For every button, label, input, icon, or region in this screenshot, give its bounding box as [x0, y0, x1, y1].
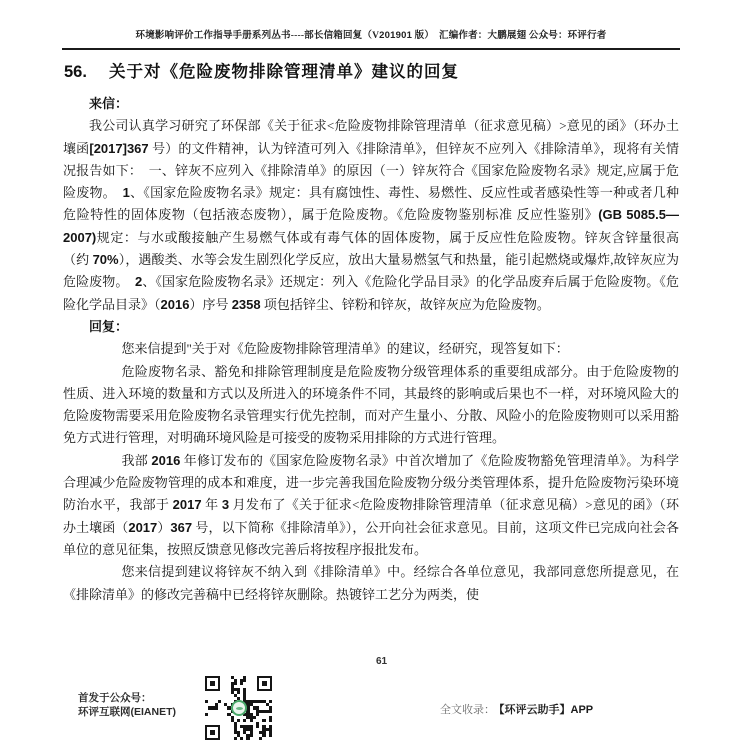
document-body: 来信： 我公司认真学习研究了环保部《关于征求<危险废物排除管理清单（征求意见稿）…	[63, 93, 679, 606]
letter-label: 来信：	[63, 93, 679, 115]
reply-paragraph-2: 危险废物名录、豁免和排除管理制度是危险废物分级管理体系的重要组成部分。由于危险废…	[63, 361, 679, 450]
reply-paragraph-3: 我部 2016 年修订发布的《国家危险废物名录》中首次增加了《危险废物豁免管理清…	[63, 450, 679, 561]
footer-app-prefix: 全文收录：	[440, 704, 495, 716]
footer-source-line1: 首发于公众号：	[78, 692, 176, 706]
page-number: 61	[376, 656, 387, 667]
document-page: 环境影响评价工作指导手册系列丛书----部长信箱回复（V201901 版） 汇编…	[0, 0, 740, 740]
qr-code-image	[205, 676, 272, 740]
footer-app-name: 【环评云助手】APP	[499, 704, 593, 716]
reply-paragraph-4: 您来信提到建议将锌灰不纳入到《排除清单》中。经综合各单位意见，我部同意您所提意见…	[63, 561, 679, 606]
page-header: 环境影响评价工作指导手册系列丛书----部长信箱回复（V201901 版） 汇编…	[62, 27, 680, 50]
footer-source-line2: 环评互联网(EIANET)	[78, 706, 176, 720]
footer-source-note: 首发于公众号： 环评互联网(EIANET)	[78, 692, 176, 719]
page-title: 56.关于对《危险废物排除管理清单》建议的回复	[64, 58, 680, 82]
qr-finder-bottom-left-icon	[205, 725, 220, 740]
title-number: 56.	[64, 63, 87, 81]
reply-label: 回复：	[63, 316, 679, 338]
title-text: 关于对《危险废物排除管理清单》建议的回复	[109, 62, 459, 81]
reply-paragraph-1: 您来信提到"关于对《危险废物排除管理清单》的建议，经研究，现答复如下：	[63, 338, 679, 360]
letter-paragraph: 我公司认真学习研究了环保部《关于征求<危险废物排除管理清单（征求意见稿）>意见的…	[63, 115, 679, 316]
qr-finder-top-right-icon	[257, 676, 272, 691]
qr-finder-top-left-icon	[205, 676, 220, 691]
qr-center-logo-icon	[231, 700, 247, 716]
footer-app-note: 全文收录：【环评云助手】APP	[440, 701, 593, 717]
